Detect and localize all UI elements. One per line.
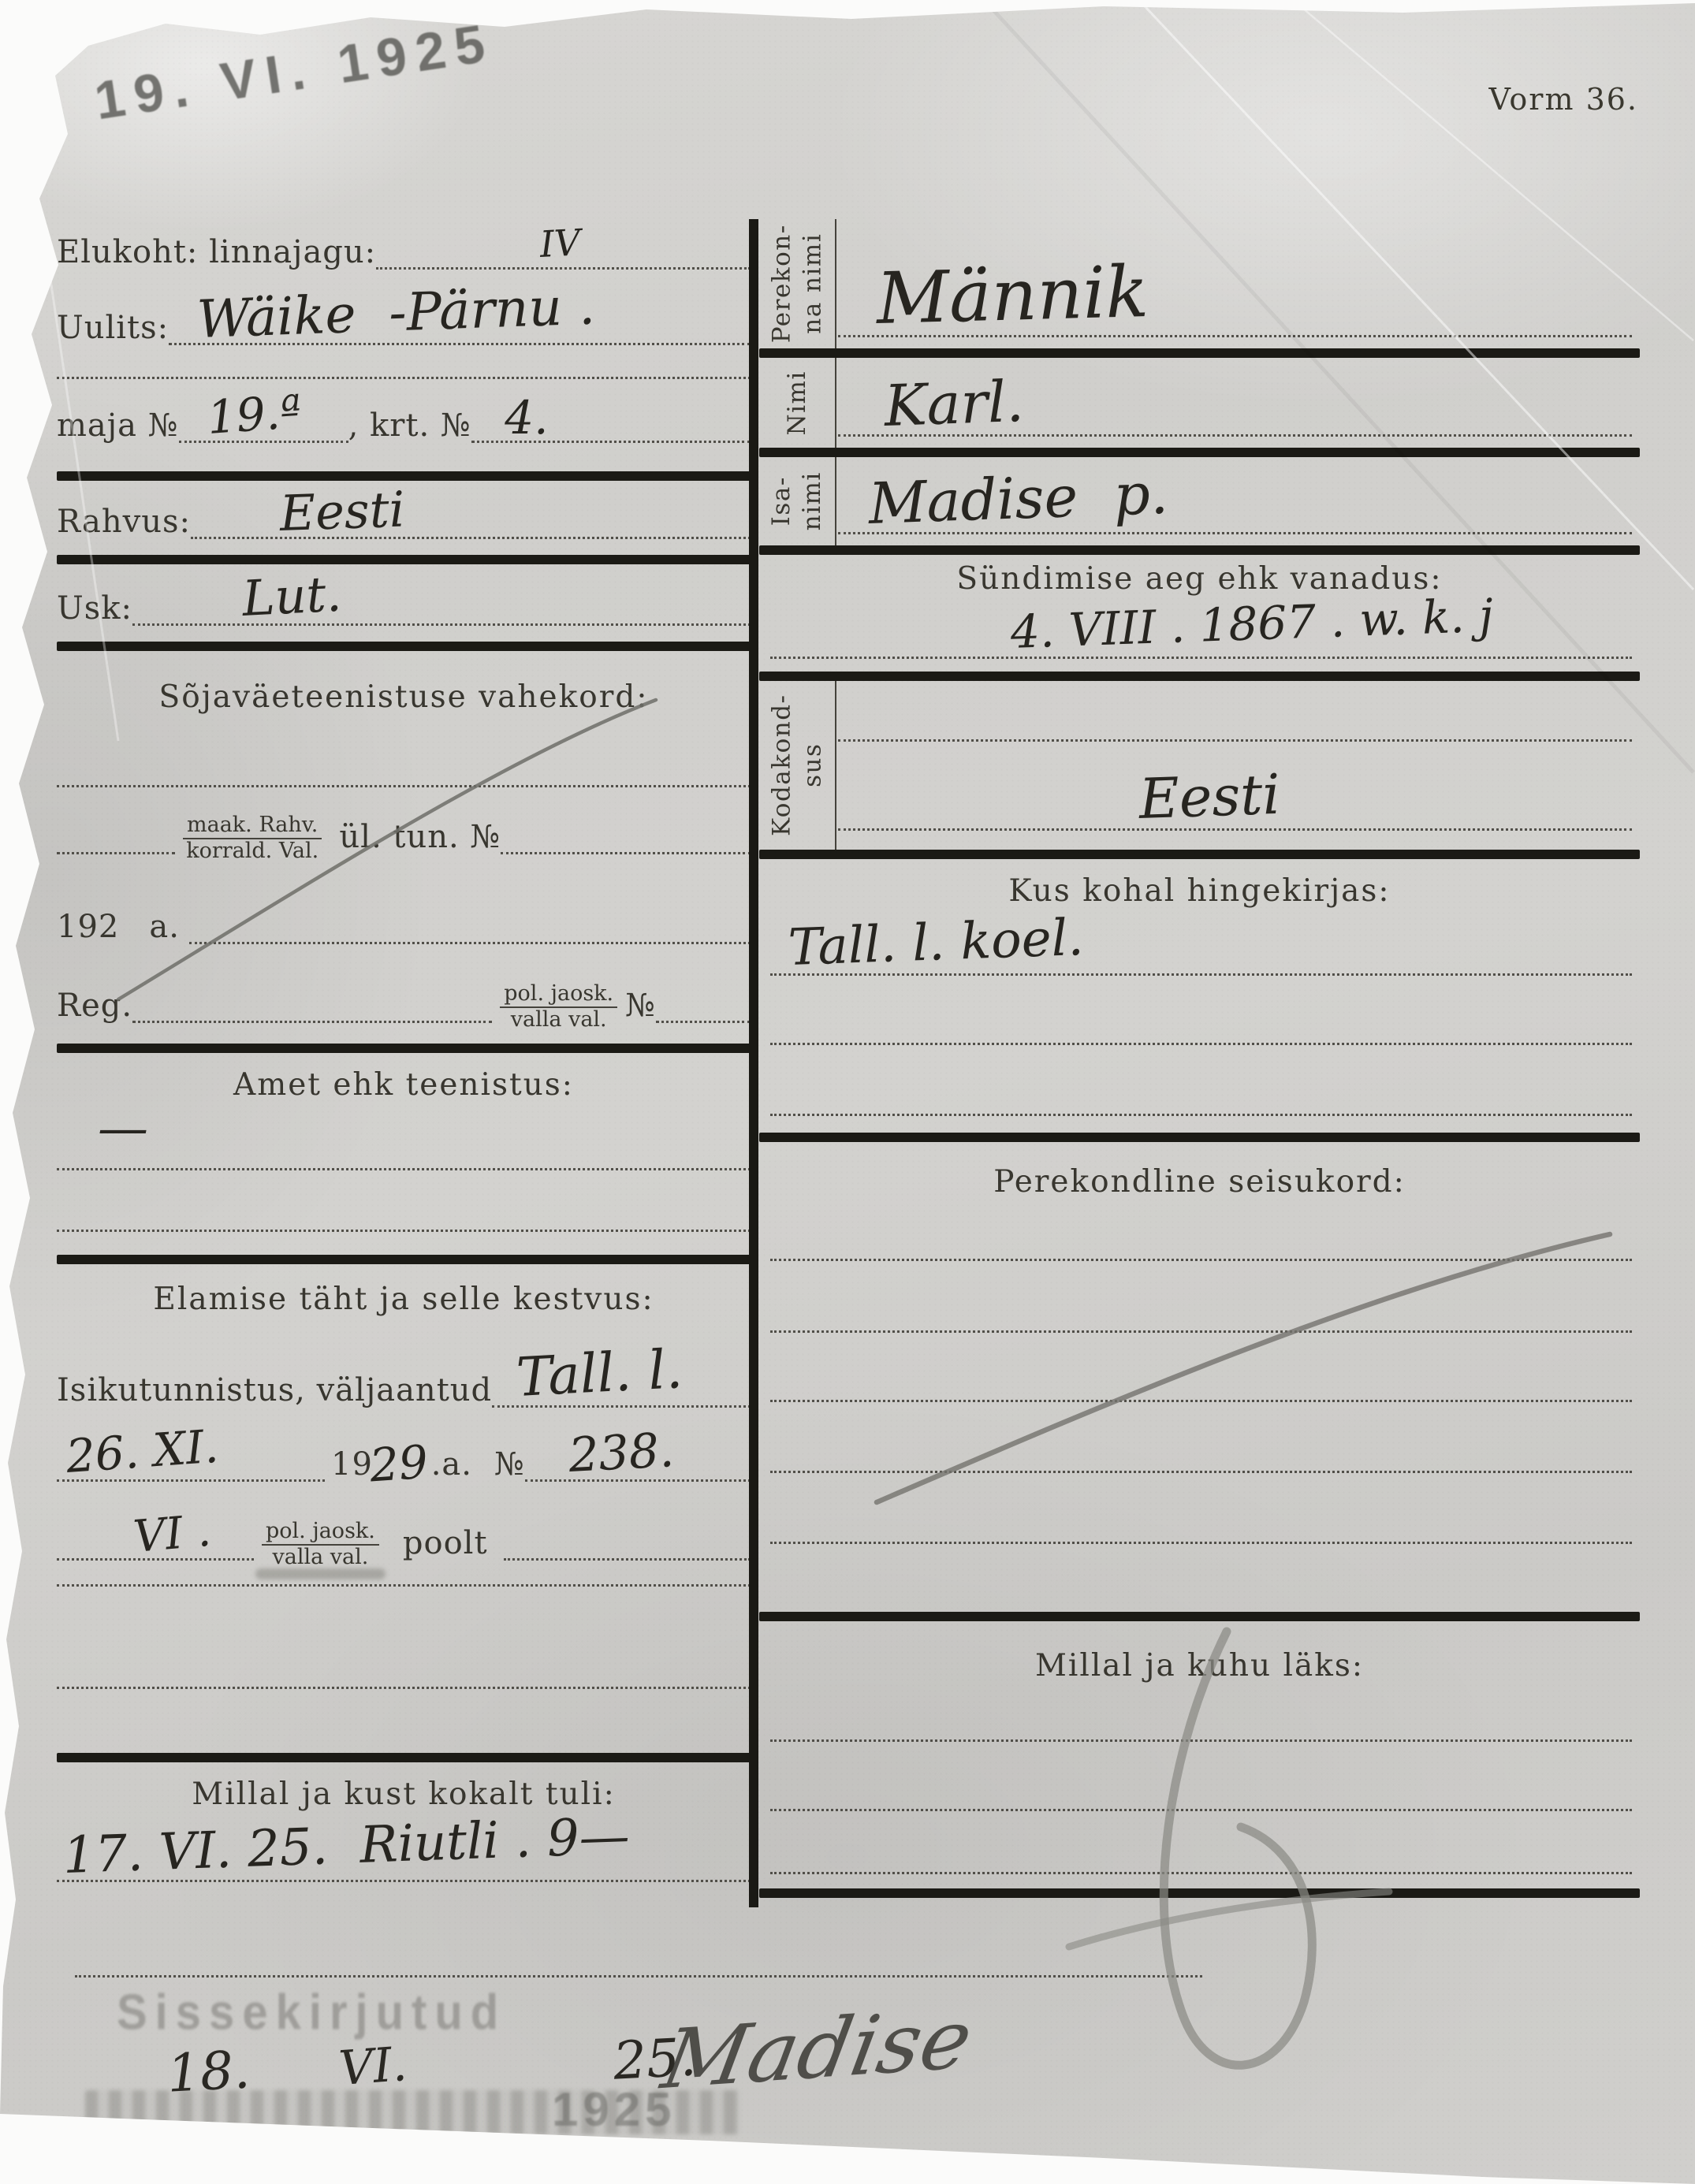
issue-year-suffix: .a. [431, 1447, 472, 1482]
id-certificate-label: Isikutunnistus, väljaantud [57, 1373, 492, 1408]
field-krt-label: , krt. № [348, 408, 471, 443]
left-column: Elukoht: linnajagu: IV Uulits: Wäike -Pä… [57, 221, 751, 1909]
field-usk-line: Lut. [132, 581, 751, 626]
field-parish-register-value: Tall. l. koel. [788, 913, 1085, 973]
fathername-label-line1: Isa- [767, 476, 795, 526]
horizontal-rule [759, 545, 1640, 555]
maak-rahv-fraction: maak. Rahv. korrald. Val. [183, 813, 322, 864]
right-column: Perekon- na nimi Männik Nimi Karl. [759, 219, 1640, 1898]
empty-dotted-line [57, 1168, 751, 1170]
field-maja-value: 19.ª [206, 389, 304, 441]
firstname-label-line1: Nimi [783, 370, 811, 435]
arrival-line: 17. VI. 25. Riutli . 9— [57, 1834, 751, 1882]
arrival-value: 17. VI. 25. Riutli . 9— [62, 1811, 631, 1881]
field-maja-line: 19.ª [179, 398, 348, 443]
empty-dotted-line [770, 1114, 1632, 1116]
empty-dotted-line [57, 377, 751, 379]
field-firstname-value: Karl. [883, 373, 1024, 434]
empty-dotted-line [770, 1542, 1632, 1544]
leader-dots [501, 805, 751, 854]
horizontal-rule [759, 1612, 1640, 1621]
field-firstname-content: Karl. [838, 358, 1632, 448]
field-rahvus-line: Eesti [191, 494, 751, 539]
field-uulits-line: Wäike -Pärnu . [169, 283, 751, 345]
field-firstname-line: Karl. [838, 434, 1632, 437]
field-firstname: Nimi Karl. [759, 358, 1640, 448]
arrival-heading: Millal ja kust kokalt tuli: [57, 1777, 751, 1812]
no-sign: № [494, 1447, 525, 1482]
horizontal-rule [759, 1133, 1640, 1142]
surname-label-line2: na nimi [798, 233, 826, 334]
issue-year-hand: 29 [368, 1438, 430, 1488]
field-maja-label: maja № [57, 408, 179, 443]
horizontal-rule [759, 348, 1640, 358]
field-elukoht-value: IV [539, 224, 582, 262]
received-date-stamp: 19. VI. 1925 [91, 12, 498, 132]
field-fathername: Isa- nimi Madise p. [759, 457, 1640, 545]
horizontal-rule [57, 1255, 751, 1264]
fraction-bottom: korrald. Val. [183, 839, 322, 864]
field-family-status-content [770, 1142, 1632, 1612]
horizontal-rule [759, 850, 1640, 859]
fraction-bottom: valla val. [262, 1546, 379, 1570]
empty-dotted-line [770, 1872, 1632, 1874]
field-elukoht-line: IV [376, 225, 751, 270]
registered-stamp: Sissekirjutud [117, 1984, 506, 2041]
empty-dotted-line [770, 1043, 1632, 1045]
field-firstname-label: Nimi [759, 358, 836, 448]
certificate-number-row: maak. Rahv. korrald. Val. ül. tun. № [57, 807, 751, 854]
field-birthdate-content: 4. VIII . 1867 . w. k. j [770, 555, 1632, 672]
empty-dotted-line [57, 785, 751, 787]
field-uulits-label: Uulits: [57, 311, 169, 345]
field-departure: Millal ja kuhu läks: [759, 1621, 1640, 1898]
field-maja-krt: maja № 19.ª , krt. № 4. [57, 400, 751, 443]
field-usk: Usk: Lut. [57, 583, 751, 626]
field-citizenship-label: Kodakond- sus [759, 681, 836, 850]
empty-dotted-line [838, 739, 1632, 742]
field-fathername-line: Madise p. [838, 532, 1632, 534]
issue-no-line: 238. [525, 1432, 751, 1482]
ul-tun-label: ül. tun. № [339, 820, 501, 854]
year-prefix: 192 [57, 910, 119, 944]
pencil-signature-tail [1069, 1892, 1389, 1947]
field-surname: Perekon- na nimi Männik [759, 219, 1640, 348]
field-usk-value: Lut. [241, 570, 343, 623]
id-certificate-line: Tall. l. [492, 1358, 751, 1408]
leader-dots [57, 805, 175, 854]
leader-dots [504, 1508, 751, 1561]
horizontal-rule [759, 672, 1640, 681]
leader-dots [132, 973, 492, 1023]
year-192-row: 192 a. [57, 902, 751, 944]
registration-day: 18. [166, 2044, 251, 2100]
pol-jaosk-fraction: pol. jaosk. valla val. [500, 982, 617, 1032]
field-birthdate: Sündimise aeg ehk vanadus: 4. VIII . 186… [759, 555, 1640, 672]
field-surname-content: Männik [838, 219, 1632, 348]
horizontal-rule [57, 642, 751, 651]
field-family-status: Perekondline seisukord: [759, 1142, 1640, 1612]
field-krt-line: 4. [471, 398, 751, 443]
fraction-top: maak. Rahv. [183, 813, 322, 839]
pol-jaosk-fraction: pol. jaosk. valla val. [262, 1520, 379, 1570]
empty-dotted-line [770, 1400, 1632, 1402]
field-departure-content [770, 1621, 1632, 1898]
poolt-label: poolt [403, 1526, 488, 1561]
field-parish-register-content: Tall. l. koel. [770, 859, 1632, 1133]
field-fathername-content: Madise p. [838, 457, 1632, 545]
column-divider [749, 219, 758, 1907]
field-fathername-value: Madise p. [867, 465, 1168, 532]
year-suffix: a. [149, 910, 180, 944]
empty-dotted-line [57, 1230, 751, 1232]
leader-dots [656, 973, 751, 1023]
fraction-top: pol. jaosk. [262, 1520, 379, 1546]
reg-label: Reg. [57, 988, 132, 1023]
clerk-signature: Madise [657, 1998, 978, 2100]
faint-stamp-year: 1925 [552, 2082, 676, 2137]
residence-term-heading: Elamise täht ja selle kestvus: [57, 1282, 751, 1317]
field-surname-label: Perekon- na nimi [759, 219, 836, 348]
empty-dotted-line [770, 1330, 1632, 1333]
field-uulits: Uulits: Wäike -Pärnu . [57, 285, 751, 345]
field-citizenship-content: Eesti [838, 681, 1632, 850]
empty-dotted-line [57, 1687, 751, 1689]
field-fathername-label: Isa- nimi [759, 457, 836, 545]
empty-dotted-line [57, 1584, 751, 1587]
horizontal-rule [57, 1044, 751, 1053]
arrival-row: 17. VI. 25. Riutli . 9— [57, 1836, 751, 1882]
id-certificate-row: Isikutunnistus, väljaantud Tall. l. [57, 1360, 751, 1408]
field-uulits-value: Wäike -Pärnu . [196, 280, 596, 346]
issued-by-hand: VI . [132, 1509, 213, 1560]
field-birthdate-value: 4. VIII . 1867 . w. k. j [1010, 593, 1494, 655]
citizenship-label-line2: sus [798, 743, 826, 787]
issue-date-line: 26. XI. [57, 1432, 325, 1482]
no-sign: № [625, 988, 656, 1023]
empty-dotted-line [770, 1471, 1632, 1473]
horizontal-rule [57, 471, 751, 481]
empty-dotted-line [75, 1975, 1202, 1978]
field-usk-label: Usk: [57, 591, 132, 626]
citizenship-label-line1: Kodakond- [767, 694, 795, 837]
field-rahvus: Rahvus: Eesti [57, 497, 751, 539]
empty-dotted-line [770, 1259, 1632, 1261]
field-parish-register-line: Tall. l. koel. [770, 973, 1632, 976]
field-birthdate-line: 4. VIII . 1867 . w. k. j [770, 657, 1632, 659]
field-krt-value: 4. [505, 395, 548, 441]
occupation-value: — [98, 1103, 148, 1154]
field-citizenship-value: Eesti [1138, 767, 1280, 827]
issue-year-print: 19 [331, 1447, 373, 1482]
surname-label-line1: Perekon- [767, 225, 795, 344]
military-service-heading: Sõjaväeteenistuse vahekord: [57, 679, 751, 715]
field-surname-value: Männik [876, 257, 1149, 335]
issued-by-row: VI . pol. jaosk. valla val. poolt [57, 1510, 751, 1561]
leader-dots [189, 899, 751, 944]
horizontal-rule [759, 448, 1640, 457]
fraction-bottom: valla val. [500, 1008, 617, 1032]
registration-month: VI. [337, 2041, 408, 2093]
field-surname-line: Männik [838, 335, 1632, 337]
field-citizenship: Kodakond- sus Eesti [759, 681, 1640, 850]
field-elukoht-label: Elukoht: linnajagu: [57, 235, 376, 270]
issue-date-value: 26. XI. [65, 1423, 220, 1479]
reg-row: Reg. pol. jaosk. valla val. № [57, 976, 751, 1023]
occupation-heading: Amet ehk teenistus: [57, 1067, 751, 1103]
fraction-top: pol. jaosk. [500, 982, 617, 1008]
horizontal-rule [759, 1888, 1640, 1898]
horizontal-rule [57, 555, 751, 564]
paper-sheet: 19. VI. 1925 Vorm 36. Elukoht: linnajagu… [0, 0, 1695, 2184]
field-rahvus-value: Eesti [278, 486, 405, 538]
empty-dotted-line [770, 1739, 1632, 1742]
field-parish-register: Kus kohal hingekirjas: Tall. l. koel. [759, 859, 1640, 1133]
issue-no-value: 238. [568, 1427, 676, 1479]
id-certificate-value: Tall. l. [515, 1343, 684, 1405]
field-rahvus-label: Rahvus: [57, 504, 191, 539]
form-number: Vorm 36. [1488, 82, 1638, 117]
issue-date-row: 26. XI. 19 29 .a. № 238. [57, 1434, 751, 1482]
field-citizenship-line: Eesti [838, 828, 1632, 831]
empty-dotted-line [770, 1809, 1632, 1811]
fathername-label-line2: nimi [798, 471, 826, 530]
horizontal-rule [57, 1753, 751, 1762]
field-elukoht: Elukoht: linnajagu: IV [57, 227, 751, 270]
issued-by-line: VI . [57, 1508, 254, 1561]
